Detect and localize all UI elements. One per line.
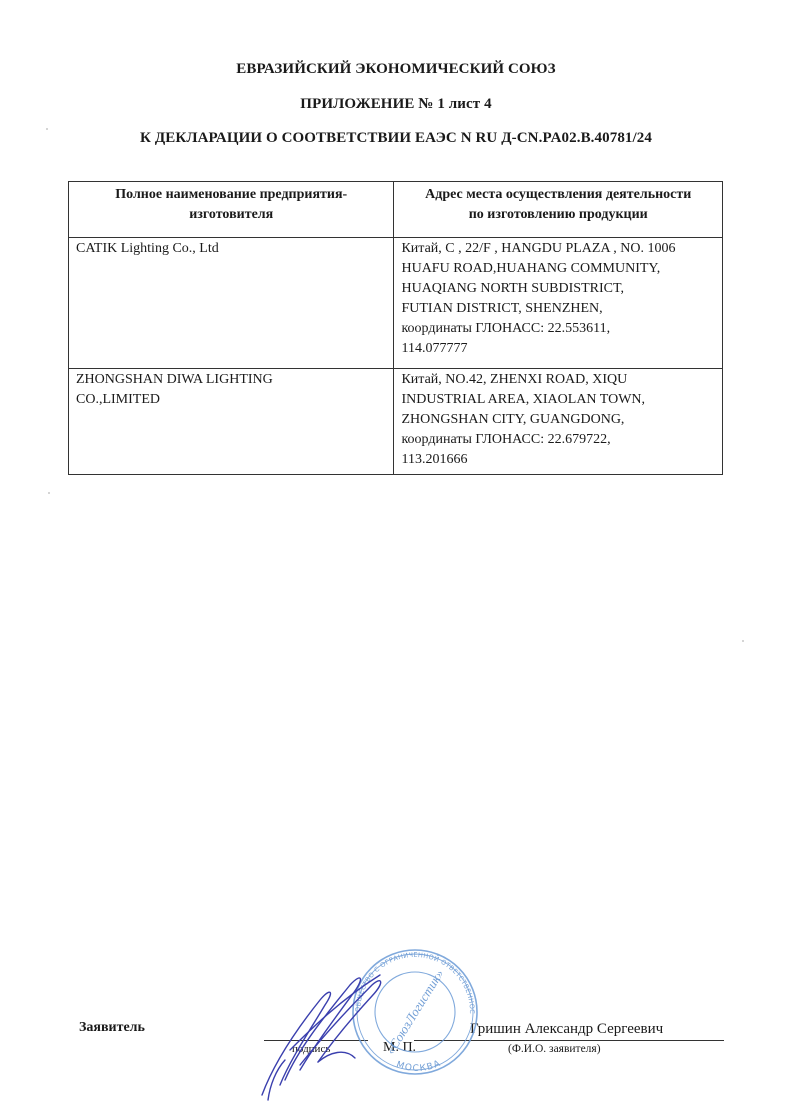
address-line: INDUSTRIAL AREA, XIAOLAN TOWN, xyxy=(401,390,715,410)
scan-speck xyxy=(46,128,48,130)
address-line: Китай, C , 22/F , HANGDU PLAZA , NO. 100… xyxy=(401,239,715,259)
header-text: по изготовлению продукции xyxy=(401,205,715,225)
applicant-name: Гришин Александр Сергеевич xyxy=(470,1021,663,1038)
stamp-city-text: МОСКВА xyxy=(395,1059,443,1074)
address-line: ZHONGSHAN CITY, GUANGDONG, xyxy=(401,410,715,430)
table-row: CATIK Lighting Co., Ltd Китай, C , 22/F … xyxy=(69,238,723,369)
manufacturer-name: CATIK Lighting Co., Ltd xyxy=(76,239,386,259)
applicant-label: Заявитель xyxy=(79,1020,145,1036)
column-header-address: Адрес места осуществления деятельности п… xyxy=(394,182,723,238)
manufacturers-table: Полное наименование предприятия- изготов… xyxy=(68,181,723,475)
address-line: координаты ГЛОНАСС: 22.679722, xyxy=(401,430,715,450)
manufacturer-cell: ZHONGSHAN DIWA LIGHTING CO.,LIMITED xyxy=(69,369,394,475)
union-heading: ЕВРАЗИЙСКИЙ ЭКОНОМИЧЕСКИЙ СОЮЗ xyxy=(0,61,792,78)
header-text: изготовителя xyxy=(76,205,386,225)
header-text: Полное наименование предприятия- xyxy=(76,185,386,205)
stamp-caption: М. П. xyxy=(383,1040,416,1056)
manufacturer-name: CO.,LIMITED xyxy=(76,390,386,410)
table-row: ZHONGSHAN DIWA LIGHTING CO.,LIMITED Кита… xyxy=(69,369,723,475)
address-line: HUAFU ROAD,HUAHANG COMMUNITY, xyxy=(401,259,715,279)
name-caption: (Ф.И.О. заявителя) xyxy=(508,1043,601,1055)
signature-caption: подпись xyxy=(292,1043,330,1055)
address-line: Китай, NO.42, ZHENXI ROAD, XIQU xyxy=(401,370,715,390)
company-stamp-icon: ОБЩЕСТВО С ОГРАНИЧЕННОЙ ОТВЕТСТВЕННОСТЬЮ… xyxy=(0,0,477,1074)
manufacturer-cell: CATIK Lighting Co., Ltd xyxy=(69,238,394,369)
address-line: FUTIAN DISTRICT, SHENZHEN, xyxy=(401,299,715,319)
scan-speck xyxy=(742,640,744,642)
address-cell: Китай, NO.42, ZHENXI ROAD, XIQU INDUSTRI… xyxy=(394,369,723,475)
stamp-ring-text: ОБЩЕСТВО С ОГРАНИЧЕННОЙ ОТВЕТСТВЕННОСТЬЮ… xyxy=(0,0,476,1014)
address-line: HUAQIANG NORTH SUBDISTRICT, xyxy=(401,279,715,299)
name-line xyxy=(414,1040,724,1041)
declaration-heading: К ДЕКЛАРАЦИИ О СООТВЕТСТВИИ ЕАЭС N RU Д-… xyxy=(0,130,792,147)
scan-speck xyxy=(48,492,50,494)
handwritten-signature-icon xyxy=(262,975,381,1100)
signature-line xyxy=(264,1040,368,1041)
table-header-row: Полное наименование предприятия- изготов… xyxy=(69,182,723,238)
address-line: 113.201666 xyxy=(401,450,715,470)
manufacturer-name: ZHONGSHAN DIWA LIGHTING xyxy=(76,370,386,390)
stamp-and-signature: ОБЩЕСТВО С ОГРАНИЧЕННОЙ ОТВЕТСТВЕННОСТЬЮ… xyxy=(0,0,792,1120)
appendix-heading: ПРИЛОЖЕНИЕ № 1 лист 4 xyxy=(0,96,792,113)
address-line: 114.077777 xyxy=(401,339,715,359)
svg-text:МОСКВА: МОСКВА xyxy=(395,1059,443,1074)
header-text: Адрес места осуществления деятельности xyxy=(401,185,715,205)
address-line: координаты ГЛОНАСС: 22.553611, xyxy=(401,319,715,339)
svg-text:ОБЩЕСТВО С ОГРАНИЧЕННОЙ ОТВЕТС: ОБЩЕСТВО С ОГРАНИЧЕННОЙ ОТВЕТСТВЕННОСТЬЮ… xyxy=(0,0,476,1014)
column-header-manufacturer: Полное наименование предприятия- изготов… xyxy=(69,182,394,238)
address-cell: Китай, C , 22/F , HANGDU PLAZA , NO. 100… xyxy=(394,238,723,369)
